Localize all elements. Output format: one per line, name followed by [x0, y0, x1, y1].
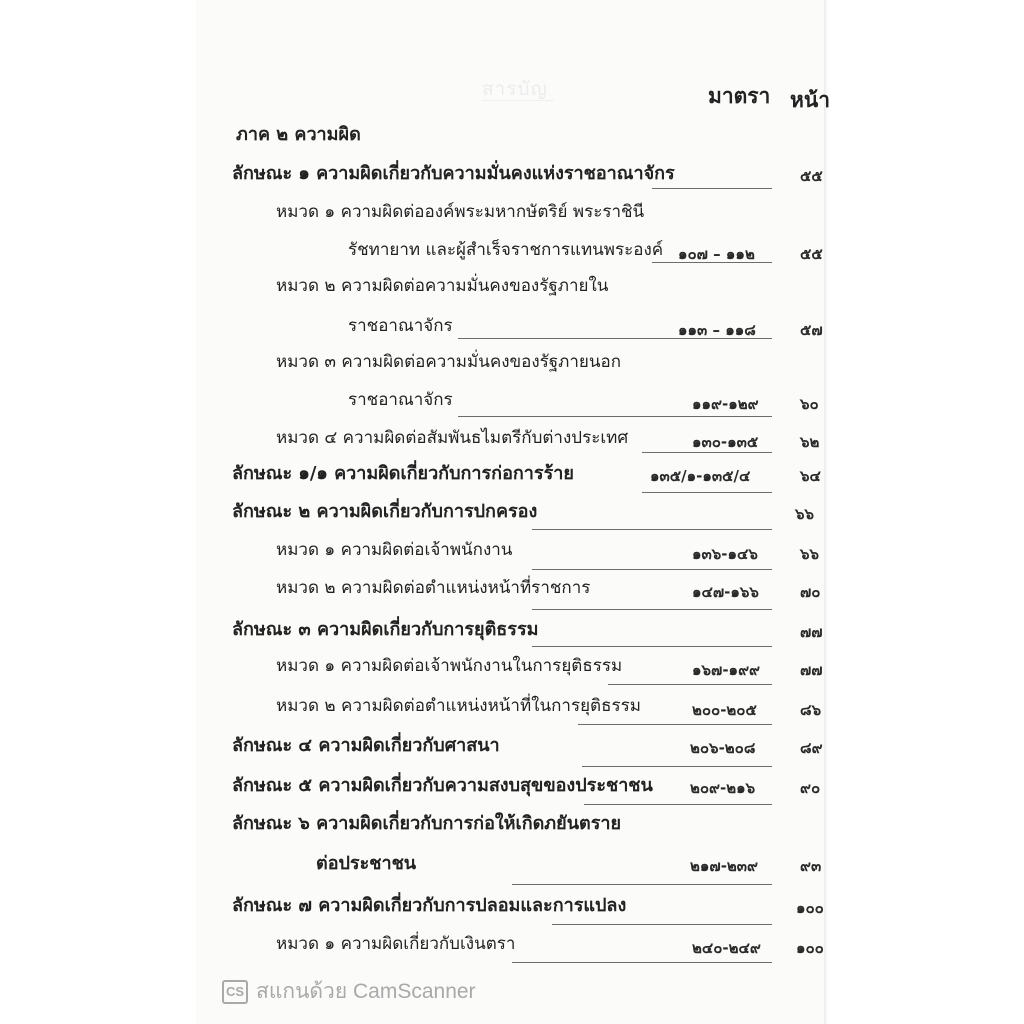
heading-continuation: ราชอาณาจักร [348, 312, 453, 339]
leader-rule [582, 766, 772, 767]
chapter-heading: หมวด ๑ ความผิดต่อองค์พระมหากษัตริย์ พระร… [276, 198, 644, 225]
title-heading: ลักษณะ ๖ ความผิดเกี่ยวกับการก่อให้เกิดภย… [232, 808, 621, 837]
chapter-heading: หมวด ๒ ความผิดต่อตำแหน่งหน้าที่ราชการ [276, 574, 590, 601]
heading-continuation: ราชอาณาจักร [348, 386, 453, 413]
chapter-heading: หมวด ๓ ความผิดต่อความมั่นคงของรัฐภายนอก [276, 348, 621, 375]
page-number: ๗๗ [800, 620, 823, 644]
page-edge [824, 0, 828, 1024]
section-range: ๑๔๗-๑๖๖ [692, 580, 759, 604]
title-heading: ลักษณะ ๒ ความผิดเกี่ยวกับการปกครอง [232, 496, 537, 525]
page-number: ๘๙ [800, 736, 823, 760]
leader-rule [458, 338, 772, 339]
leader-rule [652, 188, 772, 189]
section-range: ๑๓๕/๑-๑๓๕/๔ [650, 464, 750, 488]
page-number: ๖๖ [795, 502, 814, 526]
page-number: ๗๗ [800, 658, 823, 682]
leader-rule [532, 529, 772, 530]
page-number: ๙๓ [800, 854, 821, 878]
watermark-text: สแกนด้วย CamScanner [256, 975, 476, 1008]
page-number: ๕๕ [800, 164, 823, 188]
page-number: ๖๖ [800, 542, 819, 566]
page-number: ๕๕ [800, 242, 823, 266]
page-number: ๘๖ [800, 698, 821, 722]
leader-rule [458, 416, 772, 417]
title-heading: ลักษณะ ๓ ความผิดเกี่ยวกับการยุติธรรม [232, 614, 538, 643]
leader-rule [532, 646, 772, 647]
chapter-heading: หมวด ๒ ความผิดต่อตำแหน่งหน้าที่ในการยุติ… [276, 692, 641, 719]
heading-continuation: ต่อประชาชน [316, 848, 416, 877]
chapter-heading: หมวด ๑ ความผิดเกี่ยวกับเงินตรา [276, 930, 515, 957]
leader-rule [512, 884, 772, 885]
leader-rule [608, 684, 772, 685]
faded-toc-title: สารบัญ [482, 74, 554, 101]
page-number: ๑๐๐ [796, 936, 824, 960]
leader-rule [652, 262, 772, 263]
page-number: ๕๗ [800, 318, 823, 342]
leader-rule [512, 962, 772, 963]
title-heading: ลักษณะ ๑/๑ ความผิดเกี่ยวกับการก่อการร้าย [232, 458, 574, 487]
title-heading: ลักษณะ ๑ ความผิดเกี่ยวกับความมั่นคงแห่งร… [232, 158, 675, 187]
section-range: ๒๔๐-๒๔๙ [692, 936, 761, 960]
section-range: ๒๐๖-๒๐๘ [690, 736, 755, 760]
leader-rule [578, 724, 772, 725]
page-number: ๖๐ [800, 392, 819, 416]
chapter-heading: หมวด ๔ ความผิดต่อสัมพันธไมตรีกับต่างประเ… [276, 424, 628, 451]
section-range: ๒๐๐-๒๐๕ [692, 698, 757, 722]
section-range: ๑๖๗-๑๙๙ [692, 658, 760, 682]
leader-rule [552, 924, 772, 925]
section-range: ๒๐๙-๒๑๖ [690, 776, 755, 800]
page-number: ๙๐ [800, 776, 820, 800]
leader-rule [642, 492, 772, 493]
leader-rule [642, 452, 772, 453]
camscanner-logo-icon: CS [222, 980, 248, 1004]
heading-continuation: รัชทายาท และผู้สำเร็จราชการแทนพระองค์ [348, 236, 663, 263]
chapter-heading: หมวด ๑ ความผิดต่อเจ้าพนักงาน [276, 536, 512, 563]
page-number: ๖๔ [800, 464, 821, 488]
page-number: ๗๐ [800, 580, 820, 604]
section-range: ๑๓๖-๑๔๖ [692, 542, 758, 566]
page-number: ๖๒ [800, 430, 819, 454]
column-header-section: มาตรา [708, 80, 770, 113]
part-title: ภาค ๒ ความผิด [236, 119, 361, 148]
section-range: ๒๑๗-๒๓๙ [690, 854, 758, 878]
title-heading: ลักษณะ ๔ ความผิดเกี่ยวกับศาสนา [232, 730, 500, 759]
column-header-page: หน้า [790, 84, 830, 117]
leader-rule [532, 609, 772, 610]
page-number: ๑๐๐ [796, 896, 824, 920]
chapter-heading: หมวด ๑ ความผิดต่อเจ้าพนักงานในการยุติธรร… [276, 652, 622, 679]
title-heading: ลักษณะ ๗ ความผิดเกี่ยวกับการปลอมและการแป… [232, 890, 626, 919]
leader-rule [584, 804, 772, 805]
camscanner-watermark: CS สแกนด้วย CamScanner [222, 975, 476, 1008]
leader-rule [532, 569, 772, 570]
section-range: ๑๓๐-๑๓๕ [692, 430, 758, 454]
title-heading: ลักษณะ ๕ ความผิดเกี่ยวกับความสงบสุขของปร… [232, 770, 653, 799]
section-range: ๑๑๙-๑๒๙ [692, 392, 759, 416]
chapter-heading: หมวด ๒ ความผิดต่อความมั่นคงของรัฐภายใน [276, 272, 608, 299]
